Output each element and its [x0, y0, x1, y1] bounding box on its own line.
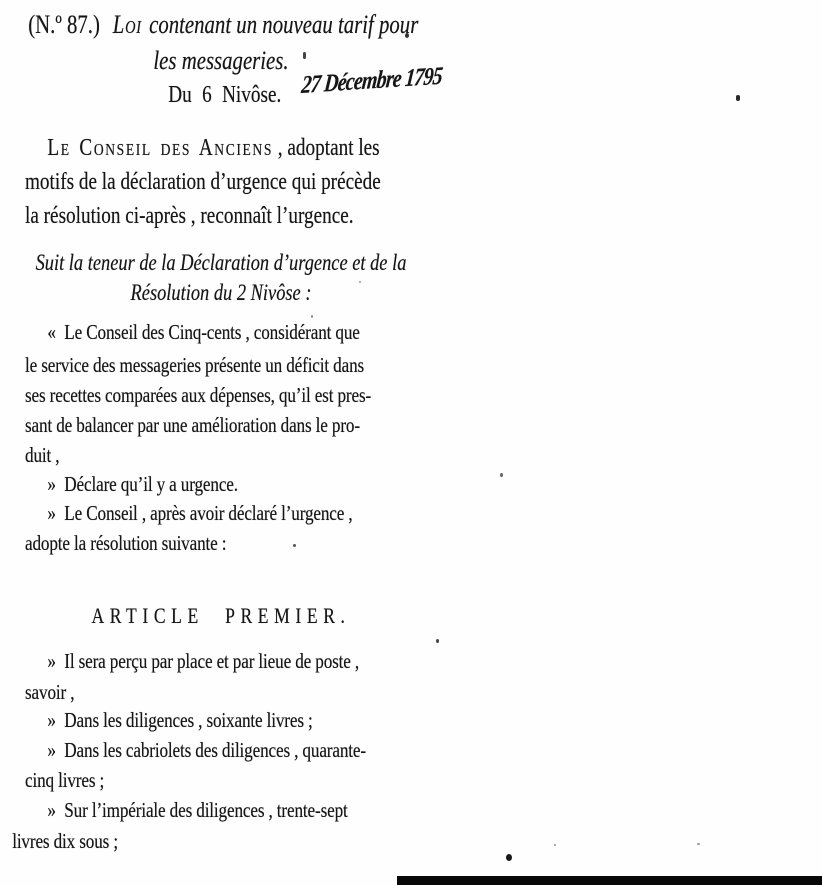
declaration-line-3: ses recettes comparées aux dépenses, qu’…: [25, 383, 371, 408]
declaration-line-2: le service des messageries présente un d…: [25, 353, 364, 378]
title-line1: (N.º 87.)Loicontenant un nouveau tarif p…: [28, 10, 418, 40]
article-line-6: » Sur l’impériale des diligences , trent…: [47, 798, 347, 823]
subtitle-line-1: Suit la teneur de la Déclaration d’urgen…: [25, 250, 417, 276]
article-line-2: savoir ,: [25, 680, 74, 705]
subtitle-line-2: Résolution du 2 Nivôse :: [25, 280, 417, 306]
ink-speck: [311, 315, 313, 318]
ink-speck: [554, 844, 556, 846]
ink-speck: [303, 52, 306, 59]
declaration-line-7: » Le Conseil , après avoir déclaré l’urg…: [47, 501, 352, 526]
law-title-keyword: Loi: [113, 10, 142, 39]
article-line-4: » Dans les cabriolets des diligences , q…: [47, 738, 366, 763]
article-line-1: » Il sera perçu par place et par lieue d…: [47, 649, 359, 674]
ink-speck: [293, 544, 296, 547]
scan-edge-bar: [397, 876, 822, 885]
page-number: (N.º 87.): [28, 10, 100, 39]
article-heading: ARTICLE PREMIER.: [25, 603, 417, 628]
ink-speck: [697, 843, 700, 845]
council-name: Le Conseil des Anciens: [47, 135, 273, 161]
document-page: (N.º 87.)Loicontenant un nouveau tarif p…: [0, 0, 822, 885]
ink-speck: [359, 281, 361, 283]
preamble-line-1-rest: , adoptant les: [273, 135, 380, 161]
ink-speck: [500, 473, 503, 477]
preamble-line-1: Le Conseil des Anciens , adoptant les: [47, 135, 379, 163]
declaration-line-1: « Le Conseil des Cinq-cents , considéran…: [47, 320, 359, 345]
declaration-line-4: sant de balancer par une amélioration da…: [25, 413, 360, 438]
ink-speck: [506, 854, 512, 861]
text-column: (N.º 87.)Loicontenant un nouveau tarif p…: [25, 0, 417, 885]
ink-speck: [436, 639, 439, 643]
preamble-line-2: motifs de la déclaration d’urgence qui p…: [25, 169, 381, 197]
declaration-line-6: » Déclare qu’il y a urgence.: [47, 472, 238, 497]
declaration-line-5: duit ,: [25, 443, 59, 468]
printed-date: Du 6 Nivôse.: [168, 82, 281, 110]
ink-speck: [736, 95, 740, 101]
article-line-7: livres dix sous ;: [12, 829, 118, 854]
law-title-text: contenant un nouveau tarif pour: [149, 10, 418, 39]
preamble-line-3: la résolution ci-après , reconnaît l’urg…: [25, 203, 354, 231]
declaration-line-8: adopte la résolution suivante :: [25, 531, 226, 556]
article-line-3: » Dans les diligences , soixante livres …: [47, 708, 312, 733]
article-line-5: cinq livres ;: [25, 768, 104, 793]
ink-speck: [405, 33, 409, 38]
